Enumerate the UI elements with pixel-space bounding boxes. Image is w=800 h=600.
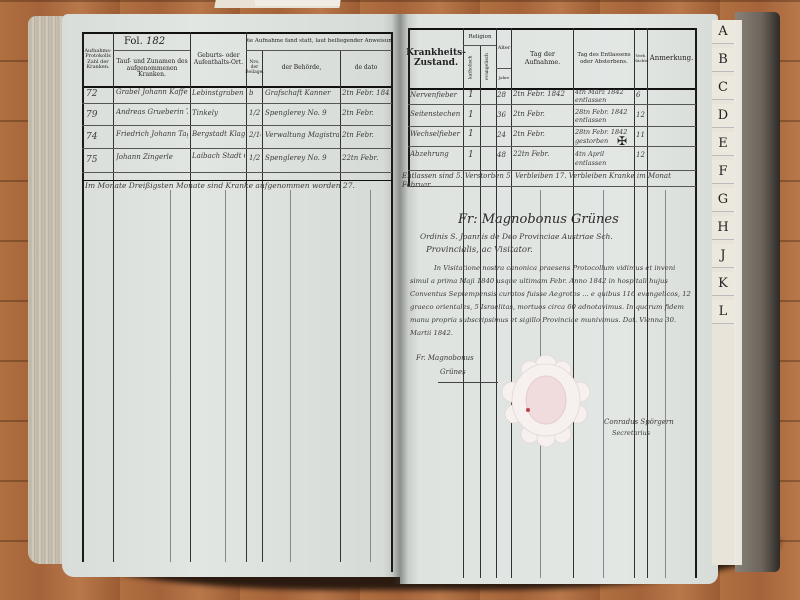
header-enclosure-number: Nro. der Beilage.	[247, 51, 262, 86]
header-text: Anmerkung.	[650, 55, 694, 63]
index-tab-l[interactable]: L	[712, 300, 734, 324]
row3-number: 74	[86, 132, 112, 142]
loose-paper-scrap-2	[255, 0, 340, 6]
header-date: de dato	[341, 51, 391, 86]
row4-condition: Abzehrung	[410, 150, 462, 158]
index-tab-e[interactable]: E	[712, 132, 734, 156]
header-text: Tauf- und Zunamen des aufgenommenen Kran…	[114, 59, 190, 79]
header-text: de dato	[355, 65, 378, 72]
folio-number: 182	[146, 36, 165, 47]
index-tab-h[interactable]: H	[712, 216, 734, 240]
col-divider	[340, 50, 341, 562]
header-text: der Behörde,	[282, 65, 322, 72]
header-discharge-day: Tag des Entlassens oder Absterbens.	[574, 29, 634, 88]
row2-enclosure: 1/2	[249, 109, 261, 117]
header-text: Religion	[468, 34, 491, 40]
left-border	[82, 32, 84, 562]
col-divider	[190, 32, 191, 562]
book-gutter	[392, 14, 408, 584]
row1-number: 72	[86, 89, 112, 99]
paper-seal-icon	[500, 352, 592, 448]
row1-place: Lebinstgraben	[192, 89, 245, 97]
index-tab-d[interactable]: D	[712, 104, 734, 128]
row2-place: Tinkely	[192, 109, 245, 117]
row3-age: 24	[497, 131, 511, 139]
row-rule	[408, 104, 696, 105]
header-age: Alter	[497, 29, 511, 68]
row-rule	[82, 103, 392, 104]
alphabet-index-tabs: A B C D E F G H J K L	[712, 20, 734, 565]
folio-header: Fol. 182	[114, 33, 190, 50]
row3-date: 2tn Febr.	[342, 131, 390, 139]
index-tab-c[interactable]: C	[712, 76, 734, 100]
visitor-role: Provincialis, ac Visitator.	[426, 245, 626, 255]
row2-religion: 1	[468, 110, 478, 120]
header-text: Alter	[498, 46, 511, 52]
row2-authority: Spenglerey No. 9	[265, 109, 339, 117]
row1-date: 2tn Febr. 1842	[342, 89, 390, 97]
header-birthplace: Geburts- oder Aufenthalts-Ort.	[191, 33, 246, 86]
row1-admission: 2tn Febr. 1842	[513, 90, 573, 98]
header-protocol-number: Aufnahms-Protokolls Zahl der Kranken.	[83, 33, 113, 86]
row3-enclosure: 2/10	[249, 131, 261, 139]
header-text: katholisch	[470, 55, 475, 78]
row-rule	[82, 148, 392, 149]
header-condition: Krankheits-Zustand.	[409, 29, 463, 88]
row4-age: 48	[497, 151, 511, 159]
header-remarks: Anmerkung.	[648, 29, 695, 88]
header-authority: der Behörde,	[263, 51, 340, 86]
row4-authority: Spenglerey No. 9	[265, 154, 339, 162]
header-text: Krankheits-Zustand.	[406, 49, 466, 69]
row3-condition: Wechselfieber	[410, 130, 462, 138]
header-rule	[113, 50, 190, 51]
header-text: evangelisch	[486, 54, 491, 81]
row2-date: 2tn Febr.	[342, 109, 390, 117]
index-tab-b[interactable]: B	[712, 48, 734, 72]
faint-rule	[665, 190, 666, 578]
row1-authority: Grafschaft Kanner	[265, 89, 339, 97]
row1-name: Grabel Johann Kaffeesieder	[116, 88, 188, 96]
row4-admission: 22tn Febr.	[513, 150, 573, 158]
header-text: Nro. der Beilage.	[245, 61, 264, 76]
row3-nights: 11	[636, 131, 646, 139]
index-tab-k[interactable]: K	[712, 272, 734, 296]
row-rule	[82, 172, 392, 173]
col-divider	[262, 50, 263, 562]
row-rule	[408, 170, 696, 171]
row4-name: Johann Zingerle	[116, 153, 188, 161]
header-years: Jahre	[497, 69, 511, 88]
row2-age: 36	[497, 111, 511, 119]
header-evangelical: evangelisch	[481, 46, 496, 88]
header-text: Jahre	[499, 76, 510, 80]
row1-enclosure: b	[249, 89, 261, 97]
header-name: Tauf- und Zunamen des aufgenommenen Kran…	[114, 52, 190, 86]
death-cross-icon: ✠	[617, 134, 627, 148]
row-rule	[408, 126, 696, 127]
row3-authority: Verwaltung Magistrat	[265, 131, 339, 139]
header-religion: Religion	[464, 29, 496, 45]
index-tab-f[interactable]: F	[712, 160, 734, 184]
index-tab-g[interactable]: G	[712, 188, 734, 212]
row-rule	[408, 146, 696, 147]
visitor-order: Ordinis S. Joannis de Deo Provinciae Aus…	[420, 232, 700, 241]
row4-religion: 1	[468, 150, 478, 160]
header-text: Aufnahms-Protokolls Zahl der Kranken.	[83, 49, 113, 71]
visitor-name-title: Fr: Magnobonus Grünes	[458, 212, 658, 227]
row2-discharge: 28tn Febr. 1842 entlassen	[575, 108, 633, 124]
row4-discharge: 4tn April entlassen	[575, 150, 633, 168]
header-admission-group: Die Aufnahme fand statt, laut beiliegend…	[247, 33, 392, 50]
row1-nights: 6	[636, 91, 646, 99]
row3-name: Friedrich Johann Tagelöhner	[116, 130, 188, 138]
signature-left-line2: Grünes	[440, 368, 500, 376]
row2-name: Andreas Grueberin Tischler	[116, 108, 188, 116]
row1-age: 28	[497, 91, 511, 99]
row1-religion: 1	[468, 90, 478, 100]
header-admission-day: Tag der Aufnahme.	[512, 29, 573, 88]
col-divider	[246, 32, 247, 562]
row4-nights: 12	[636, 151, 646, 159]
header-text: Tag der Aufnahme.	[512, 51, 573, 65]
signature-right-line2: Secretarius	[612, 429, 692, 437]
row4-date: 22tn Febr.	[342, 154, 390, 162]
header-catholic: katholisch	[464, 46, 480, 88]
row3-religion: 1	[468, 129, 478, 139]
right-border	[391, 32, 393, 572]
folio-label: Fol.	[124, 36, 143, 47]
header-text: Verb. Nächte	[634, 54, 649, 63]
row4-number: 75	[86, 155, 112, 165]
row2-number: 79	[86, 110, 112, 120]
row1-discharge: 4tn März 1842 entlassen	[575, 88, 633, 104]
left-summary-line: Im Monate Dreißigsten Monate sind Kranke…	[85, 181, 390, 190]
signature-underline	[438, 382, 498, 383]
faint-rule	[290, 190, 291, 562]
signature-left-line1: Fr. Magnobonus	[416, 354, 506, 362]
index-tab-j[interactable]: J	[712, 244, 734, 268]
header-nights: Verb. Nächte	[635, 29, 647, 88]
header-text: Geburts- oder Aufenthalts-Ort.	[191, 53, 246, 66]
header-text: Die Aufnahme fand statt, laut beiliegend…	[247, 38, 392, 44]
row3-place: Bergstadt Klagenfurt	[192, 130, 245, 138]
header-text: Tag des Entlassens oder Absterbens.	[574, 52, 634, 64]
row1-condition: Nervenfieber	[410, 91, 462, 99]
row2-nights: 12	[636, 111, 646, 119]
index-tab-a[interactable]: A	[712, 20, 734, 44]
visitation-body-text: In Visitatione nostra canonica praesens …	[410, 262, 696, 342]
row4-place: Laibach Stadt Goldberg Laibach	[192, 152, 245, 160]
row-rule	[82, 125, 392, 126]
col-divider	[113, 32, 114, 562]
right-summary-line: Entlassen sind 5. Verstorben 5. Verbleib…	[402, 172, 682, 192]
faint-rule	[225, 190, 226, 562]
row4-enclosure: 1/2	[249, 154, 261, 162]
row2-admission: 2tn Febr.	[513, 110, 573, 118]
row3-admission: 2tn Febr.	[513, 130, 573, 138]
faint-rule	[170, 190, 171, 562]
signature-right-line1: Conradus Spörgern	[604, 418, 694, 426]
faint-rule	[370, 190, 371, 562]
row2-condition: Seitenstechen	[410, 110, 462, 118]
